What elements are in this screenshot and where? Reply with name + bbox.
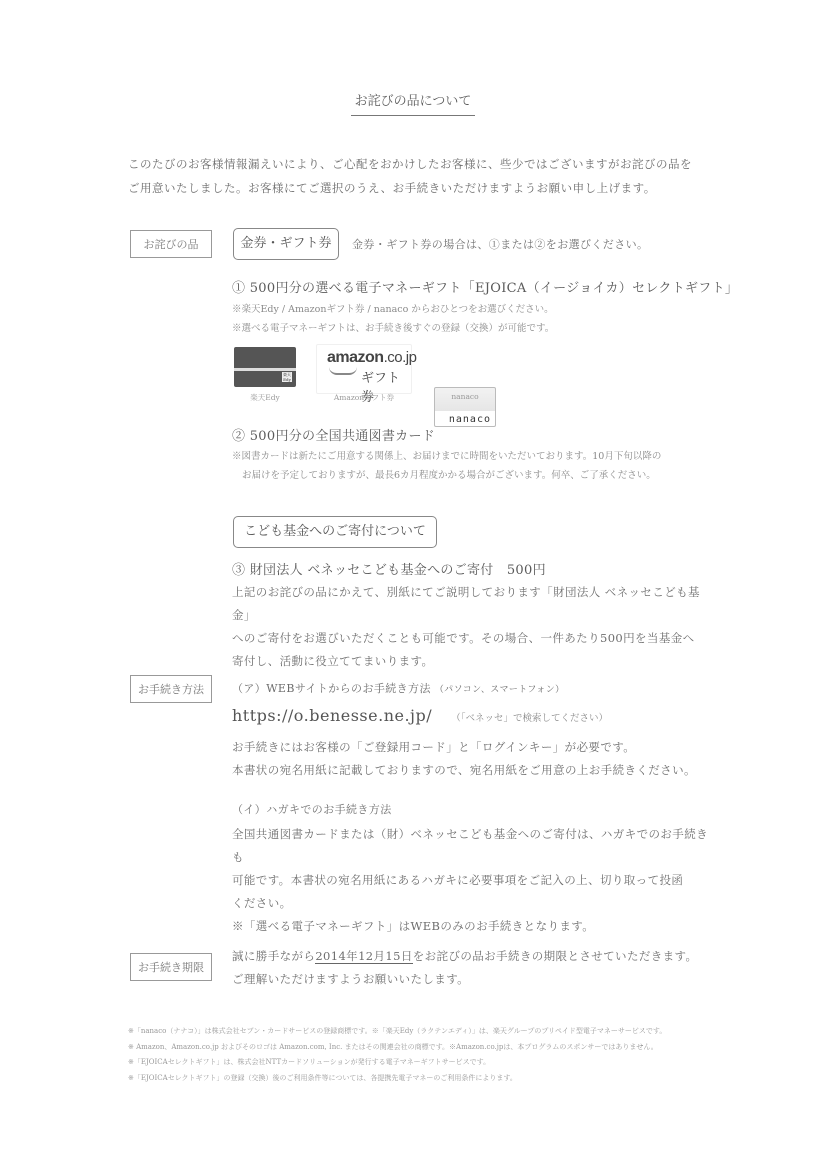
body-line: ※「選べる電子マネーギフト」はWEBのみのお手続きとなります。 [232, 915, 712, 938]
benesse-url-link[interactable]: https://o.benesse.ne.jp/ [232, 706, 432, 725]
amazon-domain: .co.jp [384, 349, 417, 366]
deadline-post: をお詫びの品お手続きの期限とさせていただきます。 [413, 949, 698, 963]
category-note: 金券・ギフト券の場合は、①または②をお選びください。 [352, 233, 648, 256]
card-stripe [234, 368, 296, 371]
intro-line: ご用意いたしました。お客様にてご選択のうえ、お手続きいただけますようお願い申し上… [128, 176, 708, 200]
url-row: https://o.benesse.ne.jp/ （「ベネッセ」で検索してくださ… [232, 706, 608, 725]
postcard-method-heading: （イ）ハガキでのお手続き方法 [232, 798, 392, 821]
option1-notes: ※楽天Edy / Amazonギフト券 / nanaco からおひとつをお選びく… [232, 300, 554, 338]
note-line: ※図書カードは新たにご用意する関係上、お届けまでに時間をいただいております。10… [232, 447, 702, 466]
note-line: お届けを予定しておりますが、最長6カ月程度かかる場合がございます。何卒、ご了承く… [232, 466, 702, 485]
body-line: 本書状の宛名用紙に記載しておりますので、宛名用紙をご用意の上お手続きください。 [232, 759, 712, 782]
body-line: 可能です。本書状の宛名用紙にあるハガキに必要事項をご記入の上、切り取って投函 [232, 869, 712, 892]
deadline-date: 2014年12月15日 [315, 949, 412, 964]
body-line: ください。 [232, 892, 712, 915]
footnote: ※「nanaco（ナナコ）」は株式会社セブン・カードサービスの登録商標です。※「… [128, 1024, 708, 1040]
deadline-body: 誠に勝手ながら2014年12月15日をお詫びの品お手続きの期限とさせていただきま… [232, 945, 722, 991]
web-method-heading: （ア）WEBサイトからのお手続き方法 （パソコン、スマートフォン） [232, 677, 565, 702]
page-title: お詫びの品について [0, 90, 826, 109]
intro-paragraph: このたびのお客様情報漏えいにより、ご心配をおかけしたお客様に、些少ではございます… [128, 152, 708, 200]
amazon-logo: amazon.co.jp [327, 349, 416, 367]
footnotes: ※「nanaco（ナナコ）」は株式会社セブン・カードサービスの登録商標です。※「… [128, 1024, 708, 1086]
amazon-caption: Amazonギフト券 [316, 392, 412, 403]
note-line: ※選べる電子マネーギフトは、お手続き後すぐの登録（交換）が可能です。 [232, 319, 554, 338]
deadline-line-2: ご理解いただけますようお願いいたします。 [232, 968, 722, 991]
body-line: 上記のお詫びの品にかえて、別紙にてご説明しております「財団法人 ベネッセこども基… [232, 581, 712, 627]
deadline-line-1: 誠に勝手ながら2014年12月15日をお詫びの品お手続きの期限とさせていただきま… [232, 945, 722, 968]
web-heading-note: （パソコン、スマートフォン） [435, 685, 565, 695]
note-line: ※楽天Edy / Amazonギフト券 / nanaco からおひとつをお選びく… [232, 300, 554, 319]
body-line: へのご寄付をお選びいただくことも可能です。その場合、一件あたり500円を当基金へ [232, 627, 712, 650]
body-line: 全国共通図書カードまたは（財）ベネッセこども基金へのご寄付は、ハガキでのお手続き… [232, 823, 712, 869]
section-label-method: お手続き方法 [130, 675, 212, 703]
intro-line: このたびのお客様情報漏えいにより、ご心配をおかけしたお客様に、些少ではございます… [128, 152, 708, 176]
edy-logo-icon: 楽天Edy [282, 372, 292, 382]
nanaco-caption: nanaco [428, 392, 502, 401]
category-pill-gift-card: 金券・ギフト券 [233, 228, 339, 260]
postcard-method-body: 全国共通図書カードまたは（財）ベネッセこども基金へのご寄付は、ハガキでのお手続き… [232, 823, 712, 938]
nanaco-logo: nanaco [449, 414, 491, 425]
section-label-gift: お詫びの品 [130, 230, 212, 258]
option1-heading: ① 500円分の選べる電子マネーギフト「EJOICA（イージョイカ）セレクトギフ… [232, 277, 738, 296]
footnote: ※「EJOICAセレクトギフト」は、株式会社NTTカードソリューションが発行する… [128, 1055, 708, 1071]
option3-body: 上記のお詫びの品にかえて、別紙にてご説明しております「財団法人 ベネッセこども基… [232, 581, 712, 673]
donation-pill: こども基金へのご寄付について [233, 516, 437, 548]
body-line: 寄付し、活動に役立ててまいります。 [232, 650, 712, 673]
web-method-body: お手続きにはお客様の「ご登録用コード」と「ログインキー」が必要です。 本書状の宛… [232, 736, 712, 782]
amazon-brand: amazon [327, 349, 384, 366]
option3-heading: ③ 財団法人 ベネッセこども基金へのご寄付 500円 [232, 559, 546, 578]
section-label-deadline: お手続き期限 [130, 953, 212, 981]
option2-notes: ※図書カードは新たにご用意する関係上、お届けまでに時間をいただいております。10… [232, 447, 702, 485]
edy-card-image: 楽天Edy [234, 347, 296, 387]
body-line: お手続きにはお客様の「ご登録用コード」と「ログインキー」が必要です。 [232, 736, 712, 759]
footnote: ※「EJOICAセレクトギフト」の登録（交換）後のご利用条件等については、各提携… [128, 1071, 708, 1087]
web-heading-text: （ア）WEBサイトからのお手続き方法 [232, 682, 431, 695]
footnote: ※ Amazon、Amazon.co.jp およびそのロゴは Amazon.co… [128, 1040, 708, 1056]
amazon-card-image: amazon.co.jp ギフト券 [316, 344, 412, 394]
deadline-pre: 誠に勝手ながら [232, 949, 315, 963]
edy-caption: 楽天Edy [228, 392, 302, 403]
option2-heading: ② 500円分の全国共通図書カード [232, 425, 435, 444]
url-search-hint: （「ベネッセ」で検索してください） [451, 713, 608, 724]
amazon-smile-icon [329, 367, 357, 375]
